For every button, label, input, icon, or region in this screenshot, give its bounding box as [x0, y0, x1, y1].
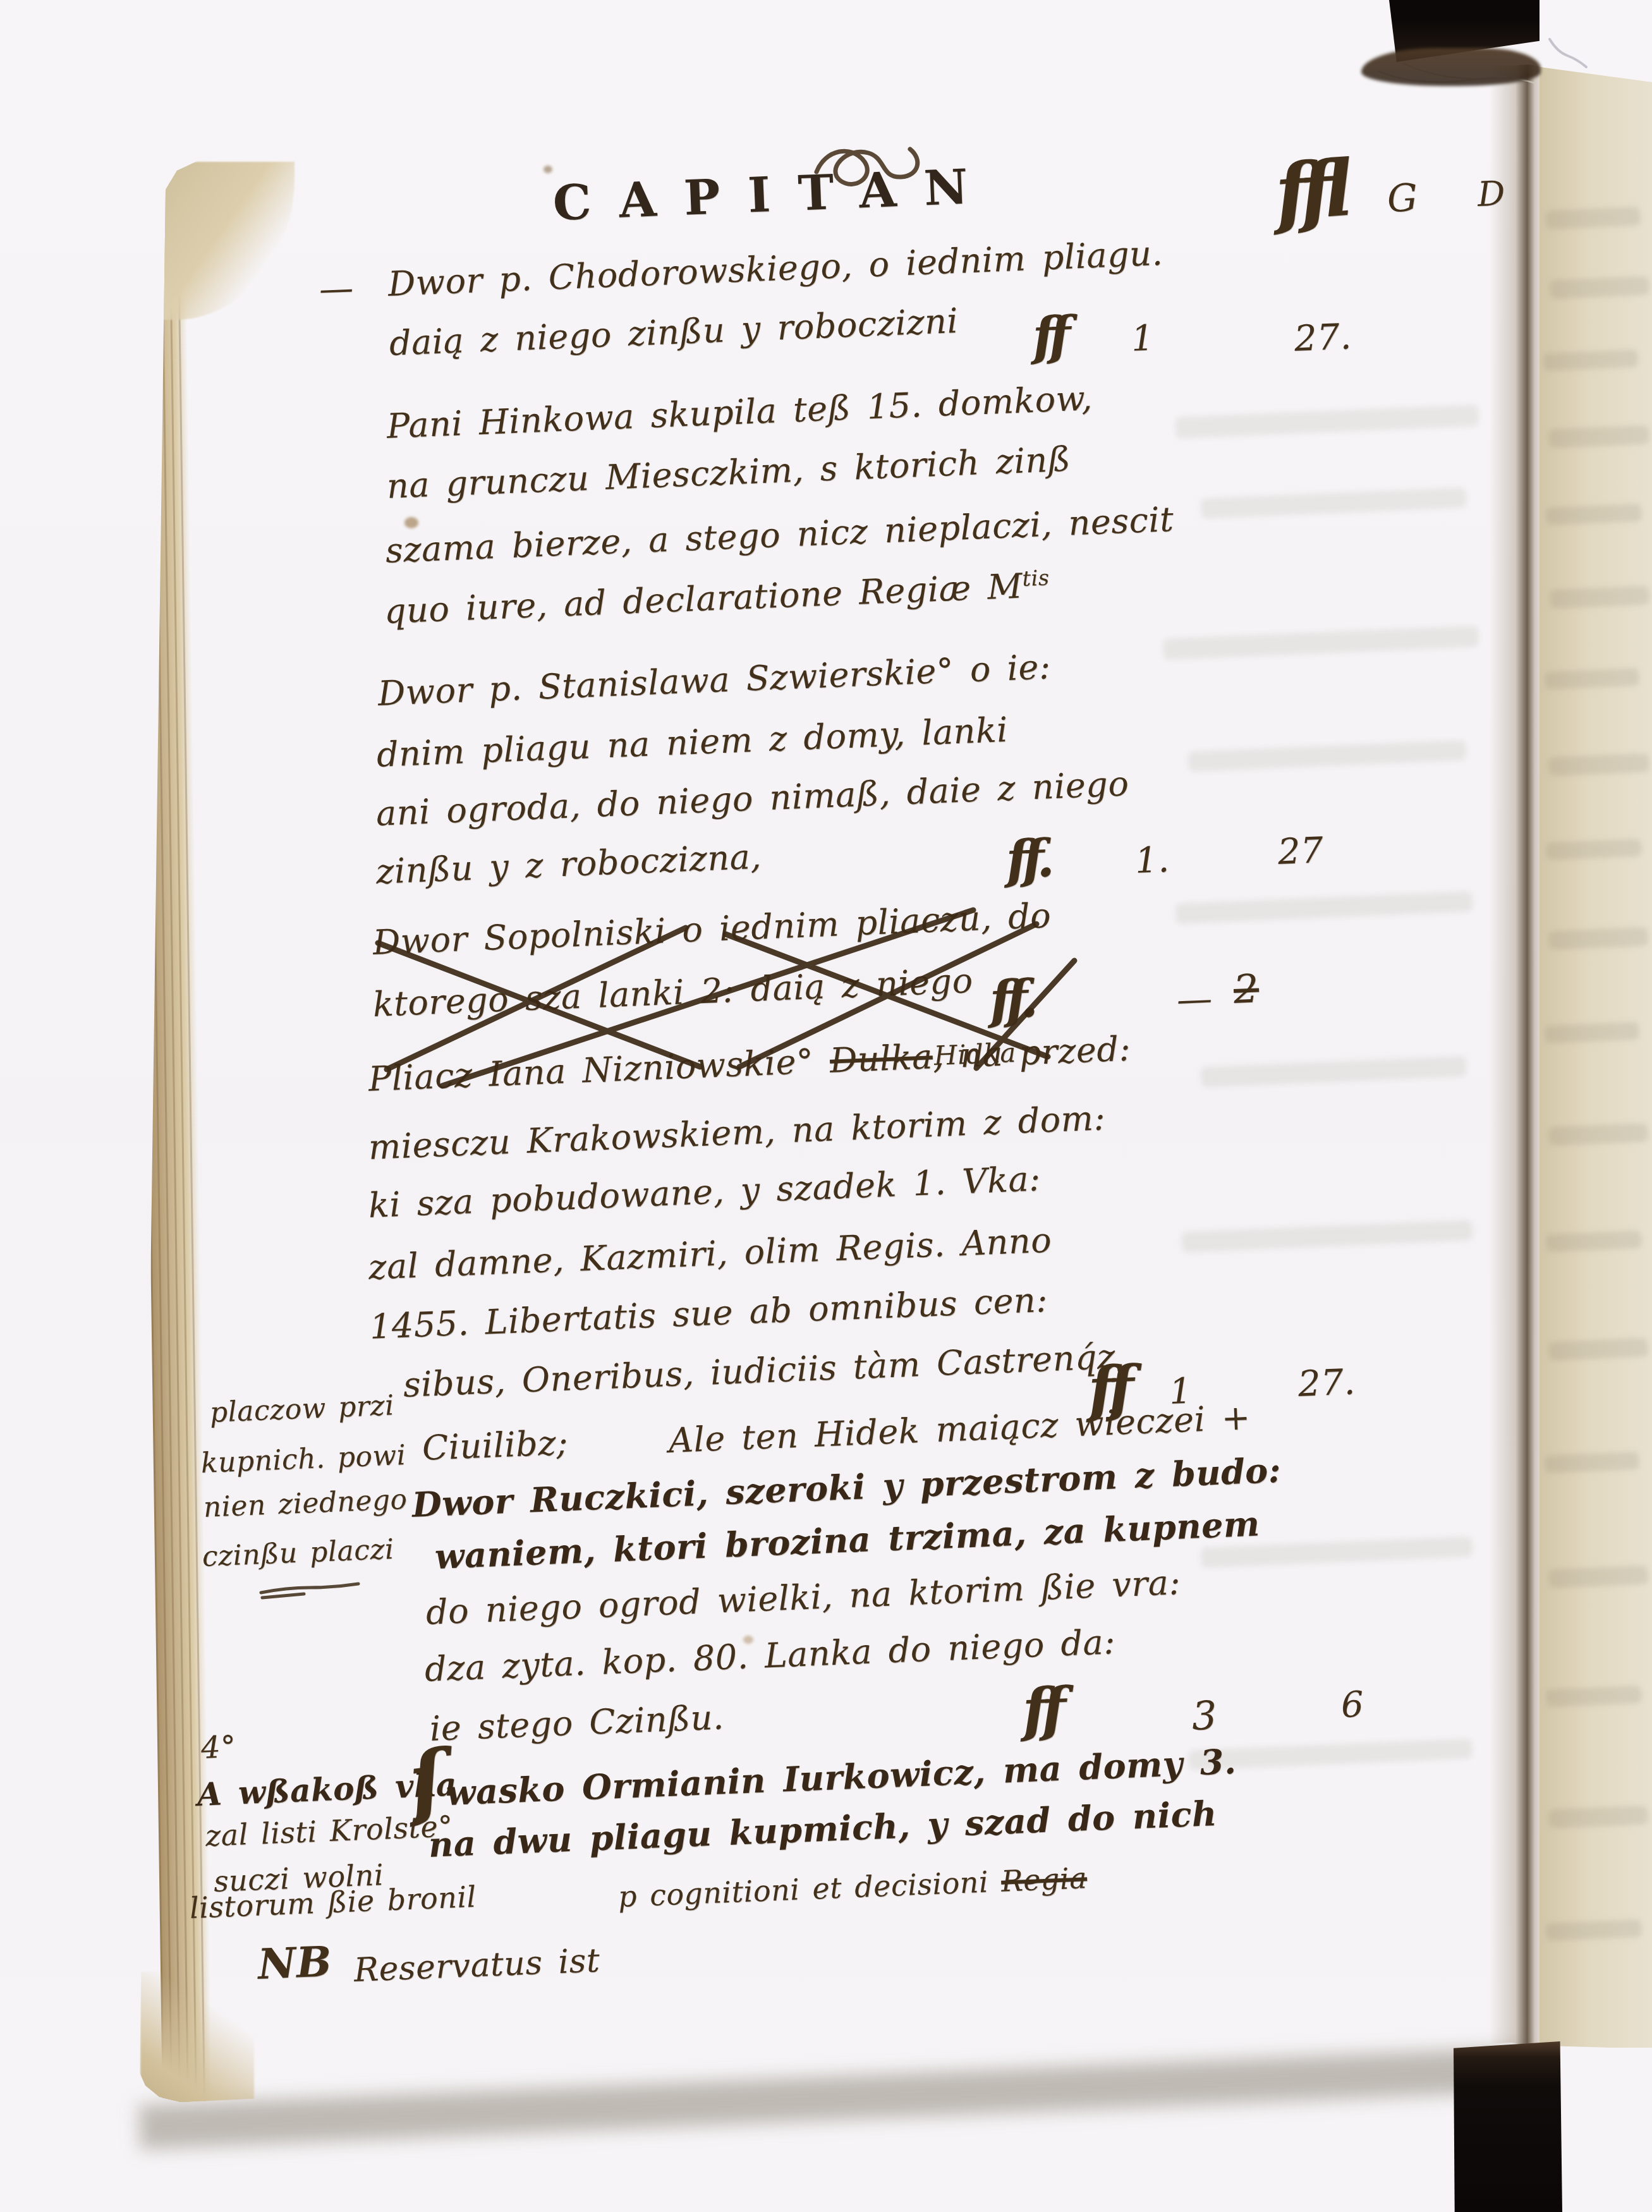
text-line: na grunczu Miesczkim, s ktorich zinß: [386, 441, 1071, 506]
text-line: ie stego Czinßu.: [429, 1698, 725, 1747]
text-line: daią z niego zinßu y roboczizni: [389, 302, 959, 362]
text-line: zinßu y z roboczizna,: [375, 838, 762, 891]
text-line: quo iure, ad declaratione Regiæ Mtis: [384, 566, 1050, 631]
showthrough-line: [1188, 740, 1467, 772]
margin-note: czinßu placzi: [202, 1534, 395, 1573]
text-line: p cognitioni et decisioni Regia: [617, 1862, 1088, 1912]
margin-note: nien ziednego: [203, 1485, 408, 1523]
text-line: Dwor p. Stanislawa Szwierskie° o ie:: [377, 648, 1052, 712]
text-segment: quo iure, ad declaratione Regiæ M: [384, 566, 1024, 631]
text-line: Reservatus ist: [353, 1943, 600, 1989]
amount-groszy: 27: [1277, 831, 1325, 872]
florin-mark: ff.: [988, 970, 1033, 1029]
text-line: dza zyta. kop. 80. Lanka do niego da:: [424, 1623, 1116, 1688]
margin-note: placzow przi: [209, 1390, 395, 1428]
text-line: ki sza pobudowane, y szadek 1. Vka:: [368, 1160, 1042, 1224]
text-line: ani ogroda, do niego nimaß, daie z niego: [375, 765, 1130, 832]
text-segment: , na przed:: [932, 1029, 1131, 1077]
text-line: do niego ogrod wielki, na ktorim ßie vra…: [425, 1564, 1181, 1631]
text-segment: p cognitioni et decisioni: [617, 1864, 1002, 1914]
florin-mark: ff: [1031, 307, 1066, 365]
showthrough-line: [1201, 1056, 1467, 1088]
ink-stain: [544, 166, 552, 173]
showthrough-line: [1175, 891, 1473, 924]
header-letter-d: D: [1477, 174, 1506, 213]
text-line: dnim pliagu na niem z domy, lanki: [376, 711, 1009, 774]
florin-mark: ff.: [1005, 830, 1049, 889]
amount-florins: 1: [1131, 319, 1155, 359]
margin-numeral: 4°: [200, 1730, 237, 1765]
bottom-left-corner-shading: [140, 1972, 254, 2105]
margin-note: zal listi Krolste°: [205, 1810, 454, 1852]
binding-strap-top-fringe: [1361, 48, 1541, 86]
entry-dash: —: [319, 269, 355, 308]
margin-note: kupnich. powi: [200, 1440, 406, 1479]
text-line: Pani Hinkowa skupila teß 15. domkow,: [386, 379, 1093, 445]
showthrough-line: [1175, 404, 1479, 439]
text-line-crossed: ktorego sza lanki 2: daią z niego: [372, 962, 974, 1023]
nota-bene-mark: NB: [257, 1938, 333, 1987]
text-line: sibus, Oneribus, iudiciis tàm Castrenq́z: [403, 1338, 1116, 1404]
florin-mark: ff: [1021, 1677, 1061, 1742]
dogear-fold: [162, 162, 295, 320]
ink-stain: [404, 517, 418, 528]
amount-groszy: 6: [1340, 1686, 1365, 1725]
binding-strap-bottom: [1454, 2041, 1562, 2212]
text-line: zal damne, Kazmiri, olim Regis. Anno: [368, 1222, 1052, 1287]
text-line: szama bierze, a stego nicz nieplaczi, ne…: [385, 501, 1175, 569]
struck-word: Regia: [1000, 1861, 1088, 1898]
bleedthrough-line: [1545, 207, 1641, 229]
text-line: Dwor p. Chodorowskiego, o iednim pliagu.: [387, 234, 1163, 303]
struck-word: Dulka: [829, 1036, 933, 1080]
text-segment: Pliacz Iana Nizniowskie°: [368, 1041, 831, 1099]
amount-florins: 3: [1191, 1694, 1218, 1738]
showthrough-line: [1163, 626, 1479, 660]
showthrough-line: [1201, 487, 1467, 519]
amount-dash: —: [1176, 980, 1213, 1020]
page-heading: CAPITAN: [552, 159, 997, 230]
text-line-crossed: Dwor Sopolniski o iednim pliaczu, do: [372, 897, 1052, 961]
amount-groszy: 27.: [1294, 317, 1352, 358]
amount-groszy: 27.: [1297, 1363, 1356, 1404]
superscript-abbrev: tis: [1022, 565, 1050, 591]
text-line: miesczu Krakowskiem, na ktorim z dom:: [368, 1099, 1106, 1166]
showthrough-line: [1182, 1220, 1473, 1252]
text-line: 1455. Libertatis sue ab omnibus cen:: [369, 1281, 1048, 1346]
text-line: Ale ten Hidek maiącz wieczei +: [668, 1399, 1251, 1459]
amount-florins-struck: 2: [1233, 967, 1260, 1011]
text-line: Pliacz Iana Nizniowskie° Dulka, na przed…: [368, 1030, 1131, 1098]
manuscript-page: CAPITAN ffl G D — Dwor p. Chodorowskiego…: [0, 0, 1652, 2212]
amount-florins: 1.: [1134, 841, 1170, 881]
florin-mark-header: ffl: [1272, 146, 1347, 235]
pencil-mark: [1550, 39, 1586, 67]
text-line: Ciuilibz;: [422, 1424, 569, 1468]
header-letter-g: G: [1387, 177, 1419, 220]
